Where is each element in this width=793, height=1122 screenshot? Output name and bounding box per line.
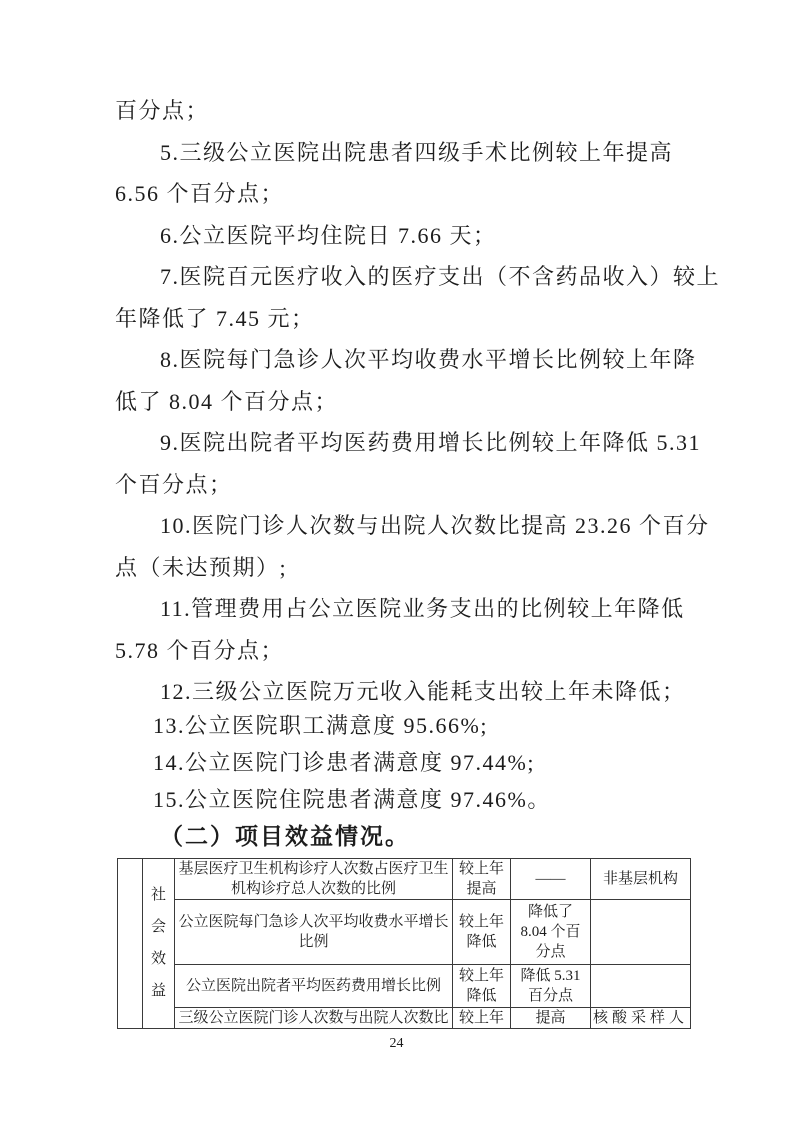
note-cell: 核酸采样人 <box>591 1007 691 1028</box>
direction-line: 提高 <box>453 879 510 899</box>
note-cell: 非基层机构 <box>591 858 691 899</box>
value-cell: 降低了 8.04 个百 分点 <box>511 899 591 964</box>
body-line: 11.管理费用占公立医院业务支出的比例较上年降低 <box>115 588 680 630</box>
body-line: 8.医院每门急诊人次平均收费水平增长比例较上年降 <box>115 339 680 381</box>
section-heading: （二）项目效益情况。 <box>115 818 680 856</box>
direction-cell: 较上年 降低 <box>453 899 511 964</box>
category-char: 效 <box>151 949 166 969</box>
direction-line: 较上年 <box>453 912 510 932</box>
benefit-table: 社 会 效 益 基层医疗卫生机构诊疗人次数占医疗卫生 机构诊疗总人次数的比例 较… <box>117 858 691 1029</box>
value-line: 分点 <box>511 942 590 962</box>
direction-line: 较上年 <box>453 966 510 986</box>
indicator-cell: 三级公立医院门诊人次数与出院人次数比 <box>175 1007 453 1028</box>
page-number: 24 <box>0 1036 793 1052</box>
value-line: 8.04 个百 <box>511 922 590 942</box>
body-line: 15.公立医院住院患者满意度 97.46%。 <box>115 781 680 818</box>
table-row: 公立医院每门急诊人次平均收费水平增长 比例 较上年 降低 降低了 8.04 个百… <box>118 899 691 964</box>
spacer-cell <box>118 858 143 1028</box>
note-cell <box>591 899 691 964</box>
value-line: 百分点 <box>511 986 590 1006</box>
category-vertical-label: 社 会 效 益 <box>143 885 174 1001</box>
direction-cell: 较上年 降低 <box>453 964 511 1007</box>
indicator-line: 公立医院出院者平均医药费用增长比例 <box>175 976 452 996</box>
direction-line: 降低 <box>453 932 510 952</box>
body-line: 14.公立医院门诊患者满意度 97.44%; <box>115 744 680 781</box>
value-cell: —— <box>511 858 591 899</box>
indicator-line: 机构诊疗总人次数的比例 <box>175 879 452 899</box>
category-char: 益 <box>151 981 166 1001</box>
indicator-line: 比例 <box>175 932 452 952</box>
category-char: 会 <box>151 917 166 937</box>
table-row: 社 会 效 益 基层医疗卫生机构诊疗人次数占医疗卫生 机构诊疗总人次数的比例 较… <box>118 858 691 899</box>
direction-line: 较上年 <box>453 1008 510 1028</box>
indicator-cell: 基层医疗卫生机构诊疗人次数占医疗卫生 机构诊疗总人次数的比例 <box>175 858 453 899</box>
direction-line: 降低 <box>453 986 510 1006</box>
body-line: 个百分点； <box>115 464 680 506</box>
body-line: 百分点； <box>115 90 680 132</box>
body-line: 5.78 个百分点； <box>115 630 680 672</box>
body-line: 7.医院百元医疗收入的医疗支出（不含药品收入）较上 <box>115 256 680 298</box>
value-line: 提高 <box>511 1008 590 1028</box>
note-cell <box>591 964 691 1007</box>
body-line: 低了 8.04 个百分点； <box>115 381 680 423</box>
value-cell: 提高 <box>511 1007 591 1028</box>
body-line: 6.公立医院平均住院日 7.66 天； <box>115 215 680 257</box>
indicator-line: 公立医院每门急诊人次平均收费水平增长 <box>175 912 452 932</box>
body-line: 9.医院出院者平均医药费用增长比例较上年降低 5.31 <box>115 422 680 464</box>
value-line: 降低了 <box>511 902 590 922</box>
body-line: 年降低了 7.45 元； <box>115 298 680 340</box>
body-line: 5.三级公立医院出院患者四级手术比例较上年提高 <box>115 132 680 174</box>
body-text: 百分点； 5.三级公立医院出院患者四级手术比例较上年提高 6.56 个百分点； … <box>115 0 680 1052</box>
body-line: 10.医院门诊人次数与出院人次数比提高 23.26 个百分 <box>115 505 680 547</box>
value-line: —— <box>511 869 590 889</box>
indicator-line: 三级公立医院门诊人次数与出院人次数比 <box>175 1008 452 1028</box>
direction-cell: 较上年 <box>453 1007 511 1028</box>
table-row: 公立医院出院者平均医药费用增长比例 较上年 降低 降低 5.31 百分点 <box>118 964 691 1007</box>
table-row: 三级公立医院门诊人次数与出院人次数比 较上年 提高 核酸采样人 <box>118 1007 691 1028</box>
category-cell: 社 会 效 益 <box>143 858 175 1028</box>
direction-line: 较上年 <box>453 859 510 879</box>
indicator-cell: 公立医院每门急诊人次平均收费水平增长 比例 <box>175 899 453 964</box>
body-line: 点（未达预期）; <box>115 547 680 589</box>
body-line: 6.56 个百分点； <box>115 173 680 215</box>
indicator-line: 基层医疗卫生机构诊疗人次数占医疗卫生 <box>175 859 452 879</box>
direction-cell: 较上年 提高 <box>453 858 511 899</box>
document-page: 百分点； 5.三级公立医院出院患者四级手术比例较上年提高 6.56 个百分点； … <box>0 0 793 1122</box>
value-cell: 降低 5.31 百分点 <box>511 964 591 1007</box>
category-char: 社 <box>151 885 166 905</box>
indicator-cell: 公立医院出院者平均医药费用增长比例 <box>175 964 453 1007</box>
value-line: 降低 5.31 <box>511 966 590 986</box>
